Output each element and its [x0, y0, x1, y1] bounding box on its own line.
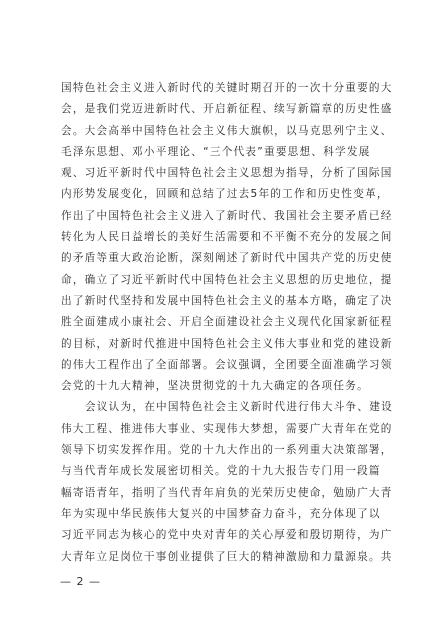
text-line: 国特色社会主义进入新时代的关键时期召开的一次十分重要的大	[61, 78, 393, 99]
text-line: 胜全面建成小康社会、开启全面建设社会主义现代化国家新征程	[61, 312, 393, 333]
text-line: 毛泽东思想、邓小平理论、“三个代表”重要思想、科学发展	[61, 142, 393, 163]
paragraph-start-line: 会议认为，在中国特色社会主义新时代进行伟大斗争、建设	[61, 397, 393, 418]
text-line: 大青年立足岗位干事创业提供了巨大的精神激励和力量源泉。共	[61, 547, 393, 568]
text-line: 会，是我们党迈进新时代、开启新征程、续写新篇章的历史性盛	[61, 99, 393, 120]
text-line: 与当代青年成长发展密切相关。党的十九大报告专门用一段篇	[61, 461, 393, 482]
text-line: 内形势发展变化，回顾和总结了过去5年的工作和历史性变革，	[61, 184, 393, 205]
text-line: 领导下切实发挥作用。党的十九大作出的一系列重大决策部署，	[61, 440, 393, 461]
document-page: 国特色社会主义进入新时代的关键时期召开的一次十分重要的大 会，是我们党迈进新时代…	[0, 0, 440, 639]
text-line: 的伟大工程作出了全面部署。会议强调，全团要全面准确学习领	[61, 355, 393, 376]
text-line: 的矛盾等重大政治论断，深刻阐述了新时代中国共产党的历史使	[61, 248, 393, 269]
text-line: 习近平同志为核心的党中央对青年的关心厚爱和殷切期待，为广	[61, 525, 393, 546]
text-line: 年为实现中华民族伟大复兴的中国梦奋力奋斗，充分体现了以	[61, 504, 393, 525]
text-line: 作出了中国特色社会主义进入了新时代、我国社会主要矛盾已经	[61, 206, 393, 227]
text-line: 观、习近平新时代中国特色社会主义思想为指导，分析了国际国	[61, 163, 393, 184]
text-line: 幅寄语青年，指明了当代青年肩负的光荣历史使命，勉励广大青	[61, 483, 393, 504]
text-line: 命，确立了习近平新时代中国特色社会主义思想的历史地位，提	[61, 270, 393, 291]
page-number: — 2 —	[60, 574, 101, 590]
document-body: 国特色社会主义进入新时代的关键时期召开的一次十分重要的大 会，是我们党迈进新时代…	[61, 78, 393, 568]
text-line: 的目标，对新时代推进中国特色社会主义伟大事业和党的建设新	[61, 334, 393, 355]
text-line: 会。大会高举中国特色社会主义伟大旗帜，以马克思列宁主义、	[61, 121, 393, 142]
text-line: 转化为人民日益增长的美好生活需要和不平衡不充分的发展之间	[61, 227, 393, 248]
text-line: 会党的十九大精神，坚决贯彻党的十九大确定的各项任务。	[61, 376, 393, 397]
text-line: 出了新时代坚持和发展中国特色社会主义的基本方略，确定了决	[61, 291, 393, 312]
text-line: 伟大工程、推进伟大事业、实现伟大梦想，需要广大青年在党的	[61, 419, 393, 440]
